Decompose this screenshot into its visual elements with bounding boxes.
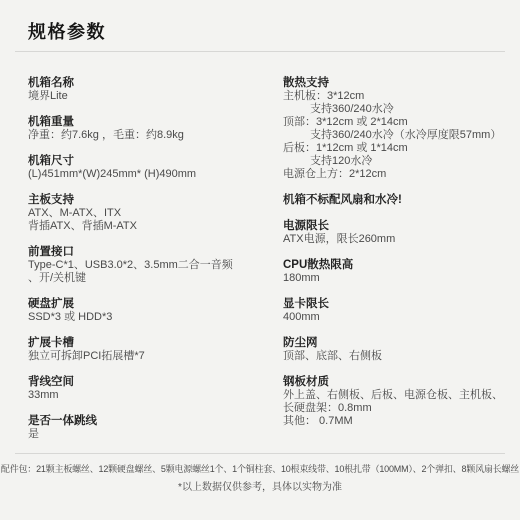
spec-value: 顶部、底部、右侧板	[283, 350, 520, 363]
spec-section: 扩展卡槽独立可拆卸PCI拓展槽*7	[28, 336, 283, 363]
spec-label: 机箱重量	[28, 115, 283, 129]
spec-label: 扩展卡槽	[28, 336, 283, 350]
spec-label: 钢板材质	[283, 375, 520, 389]
spec-value: 180mm	[283, 272, 520, 285]
spec-value: 支持360/240水冷（水冷厚度限57mm）	[283, 129, 520, 142]
spec-value: 独立可拆卸PCI拓展槽*7	[28, 350, 283, 363]
spec-value: 境界Lite	[28, 90, 283, 103]
spec-label: 前置接口	[28, 245, 283, 259]
spec-column-right: 散热支持主机板：3*12cm支持360/240水冷顶部：3*12cm 或 2*1…	[283, 76, 520, 453]
spec-section: 前置接口Type-C*1、USB3.0*2、3.5mm二合一音频、开/关机键	[28, 245, 283, 285]
spec-label: 显卡限长	[283, 297, 520, 311]
spec-value: 后板：1*12cm 或 1*14cm	[283, 142, 520, 155]
spec-section: CPU散热限高180mm	[283, 258, 520, 285]
spec-section: 机箱不标配风扇和水冷!	[283, 193, 520, 207]
spec-section: 背线空间33mm	[28, 375, 283, 402]
spec-value: 、开/关机键	[28, 272, 283, 285]
spec-value: 400mm	[283, 311, 520, 324]
spec-label: 防尘网	[283, 336, 520, 350]
spec-section: 主板支持ATX、M-ATX、ITX背插ATX、背插M-ATX	[28, 193, 283, 233]
footer: 配件包：21颗主板螺丝、12颗硬盘螺丝、5颗电源螺丝1个、1个铜柱套、10根束线…	[0, 453, 520, 495]
spec-value: 33mm	[28, 389, 283, 402]
spec-section: 机箱重量净重：约7.6kg ，毛重：约8.9kg	[28, 115, 283, 142]
spec-label: 电源限长	[283, 219, 520, 233]
header: 规格参数	[0, 0, 520, 43]
spec-section: 是否一体跳线是	[28, 414, 283, 441]
spec-section: 硬盘扩展SSD*3 或 HDD*3	[28, 297, 283, 324]
spec-value: 主机板：3*12cm	[283, 90, 520, 103]
spec-value: ATX、M-ATX、ITX	[28, 207, 283, 220]
spec-label: 是否一体跳线	[28, 414, 283, 428]
spec-value: 背插ATX、背插M-ATX	[28, 220, 283, 233]
spec-value: SSD*3 或 HDD*3	[28, 311, 283, 324]
spec-label: 机箱名称	[28, 76, 283, 90]
spec-section: 钢板材质外上盖、右侧板、后板、电源仓板、主机板、长硬盘架：0.8mm其他： 0.…	[283, 375, 520, 428]
spec-value: 外上盖、右侧板、后板、电源仓板、主机板、	[283, 389, 520, 402]
spec-section: 电源限长ATX电源，限长260mm	[283, 219, 520, 246]
spec-column-left: 机箱名称境界Lite机箱重量净重：约7.6kg ，毛重：约8.9kg机箱尺寸(L…	[28, 76, 283, 453]
spec-label: 硬盘扩展	[28, 297, 283, 311]
spec-value: 净重：约7.6kg ，毛重：约8.9kg	[28, 129, 283, 142]
spec-value: 长硬盘架：0.8mm	[283, 402, 520, 415]
spec-section: 机箱尺寸(L)451mm*(W)245mm* (H)490mm	[28, 154, 283, 181]
spec-section: 散热支持主机板：3*12cm支持360/240水冷顶部：3*12cm 或 2*1…	[283, 76, 520, 181]
spec-value: 支持120水冷	[283, 155, 520, 168]
spec-label: 散热支持	[283, 76, 520, 90]
page-title: 规格参数	[28, 21, 492, 43]
accessories-items: 21颗主板螺丝、12颗硬盘螺丝、5颗电源螺丝1个、1个铜柱套、10根束线带、10…	[36, 464, 519, 474]
spec-section: 显卡限长400mm	[283, 297, 520, 324]
spec-value: Type-C*1、USB3.0*2、3.5mm二合一音频	[28, 259, 283, 272]
spec-columns: 机箱名称境界Lite机箱重量净重：约7.6kg ，毛重：约8.9kg机箱尺寸(L…	[0, 52, 520, 453]
spec-value: 顶部：3*12cm 或 2*14cm	[283, 116, 520, 129]
disclaimer-note: *以上数据仅供参考，具体以实物为准	[0, 481, 520, 495]
spec-label: 机箱不标配风扇和水冷!	[283, 193, 520, 207]
footer-divider	[15, 453, 505, 454]
spec-label: CPU散热限高	[283, 258, 520, 272]
spec-value: (L)451mm*(W)245mm* (H)490mm	[28, 168, 283, 181]
accessories-label: 配件包：	[1, 464, 36, 474]
spec-section: 机箱名称境界Lite	[28, 76, 283, 103]
spec-value: 电源仓上方：2*12cm	[283, 168, 520, 181]
spec-label: 主板支持	[28, 193, 283, 207]
spec-section: 防尘网顶部、底部、右侧板	[283, 336, 520, 363]
spec-value: 其他： 0.7MM	[283, 415, 520, 428]
spec-value: 是	[28, 428, 283, 441]
accessories-line: 配件包：21颗主板螺丝、12颗硬盘螺丝、5颗电源螺丝1个、1个铜柱套、10根束线…	[0, 462, 520, 476]
spec-value: 支持360/240水冷	[283, 103, 520, 116]
spec-sheet: 规格参数 机箱名称境界Lite机箱重量净重：约7.6kg ，毛重：约8.9kg机…	[0, 0, 520, 520]
spec-label: 背线空间	[28, 375, 283, 389]
spec-label: 机箱尺寸	[28, 154, 283, 168]
spec-value: ATX电源，限长260mm	[283, 233, 520, 246]
